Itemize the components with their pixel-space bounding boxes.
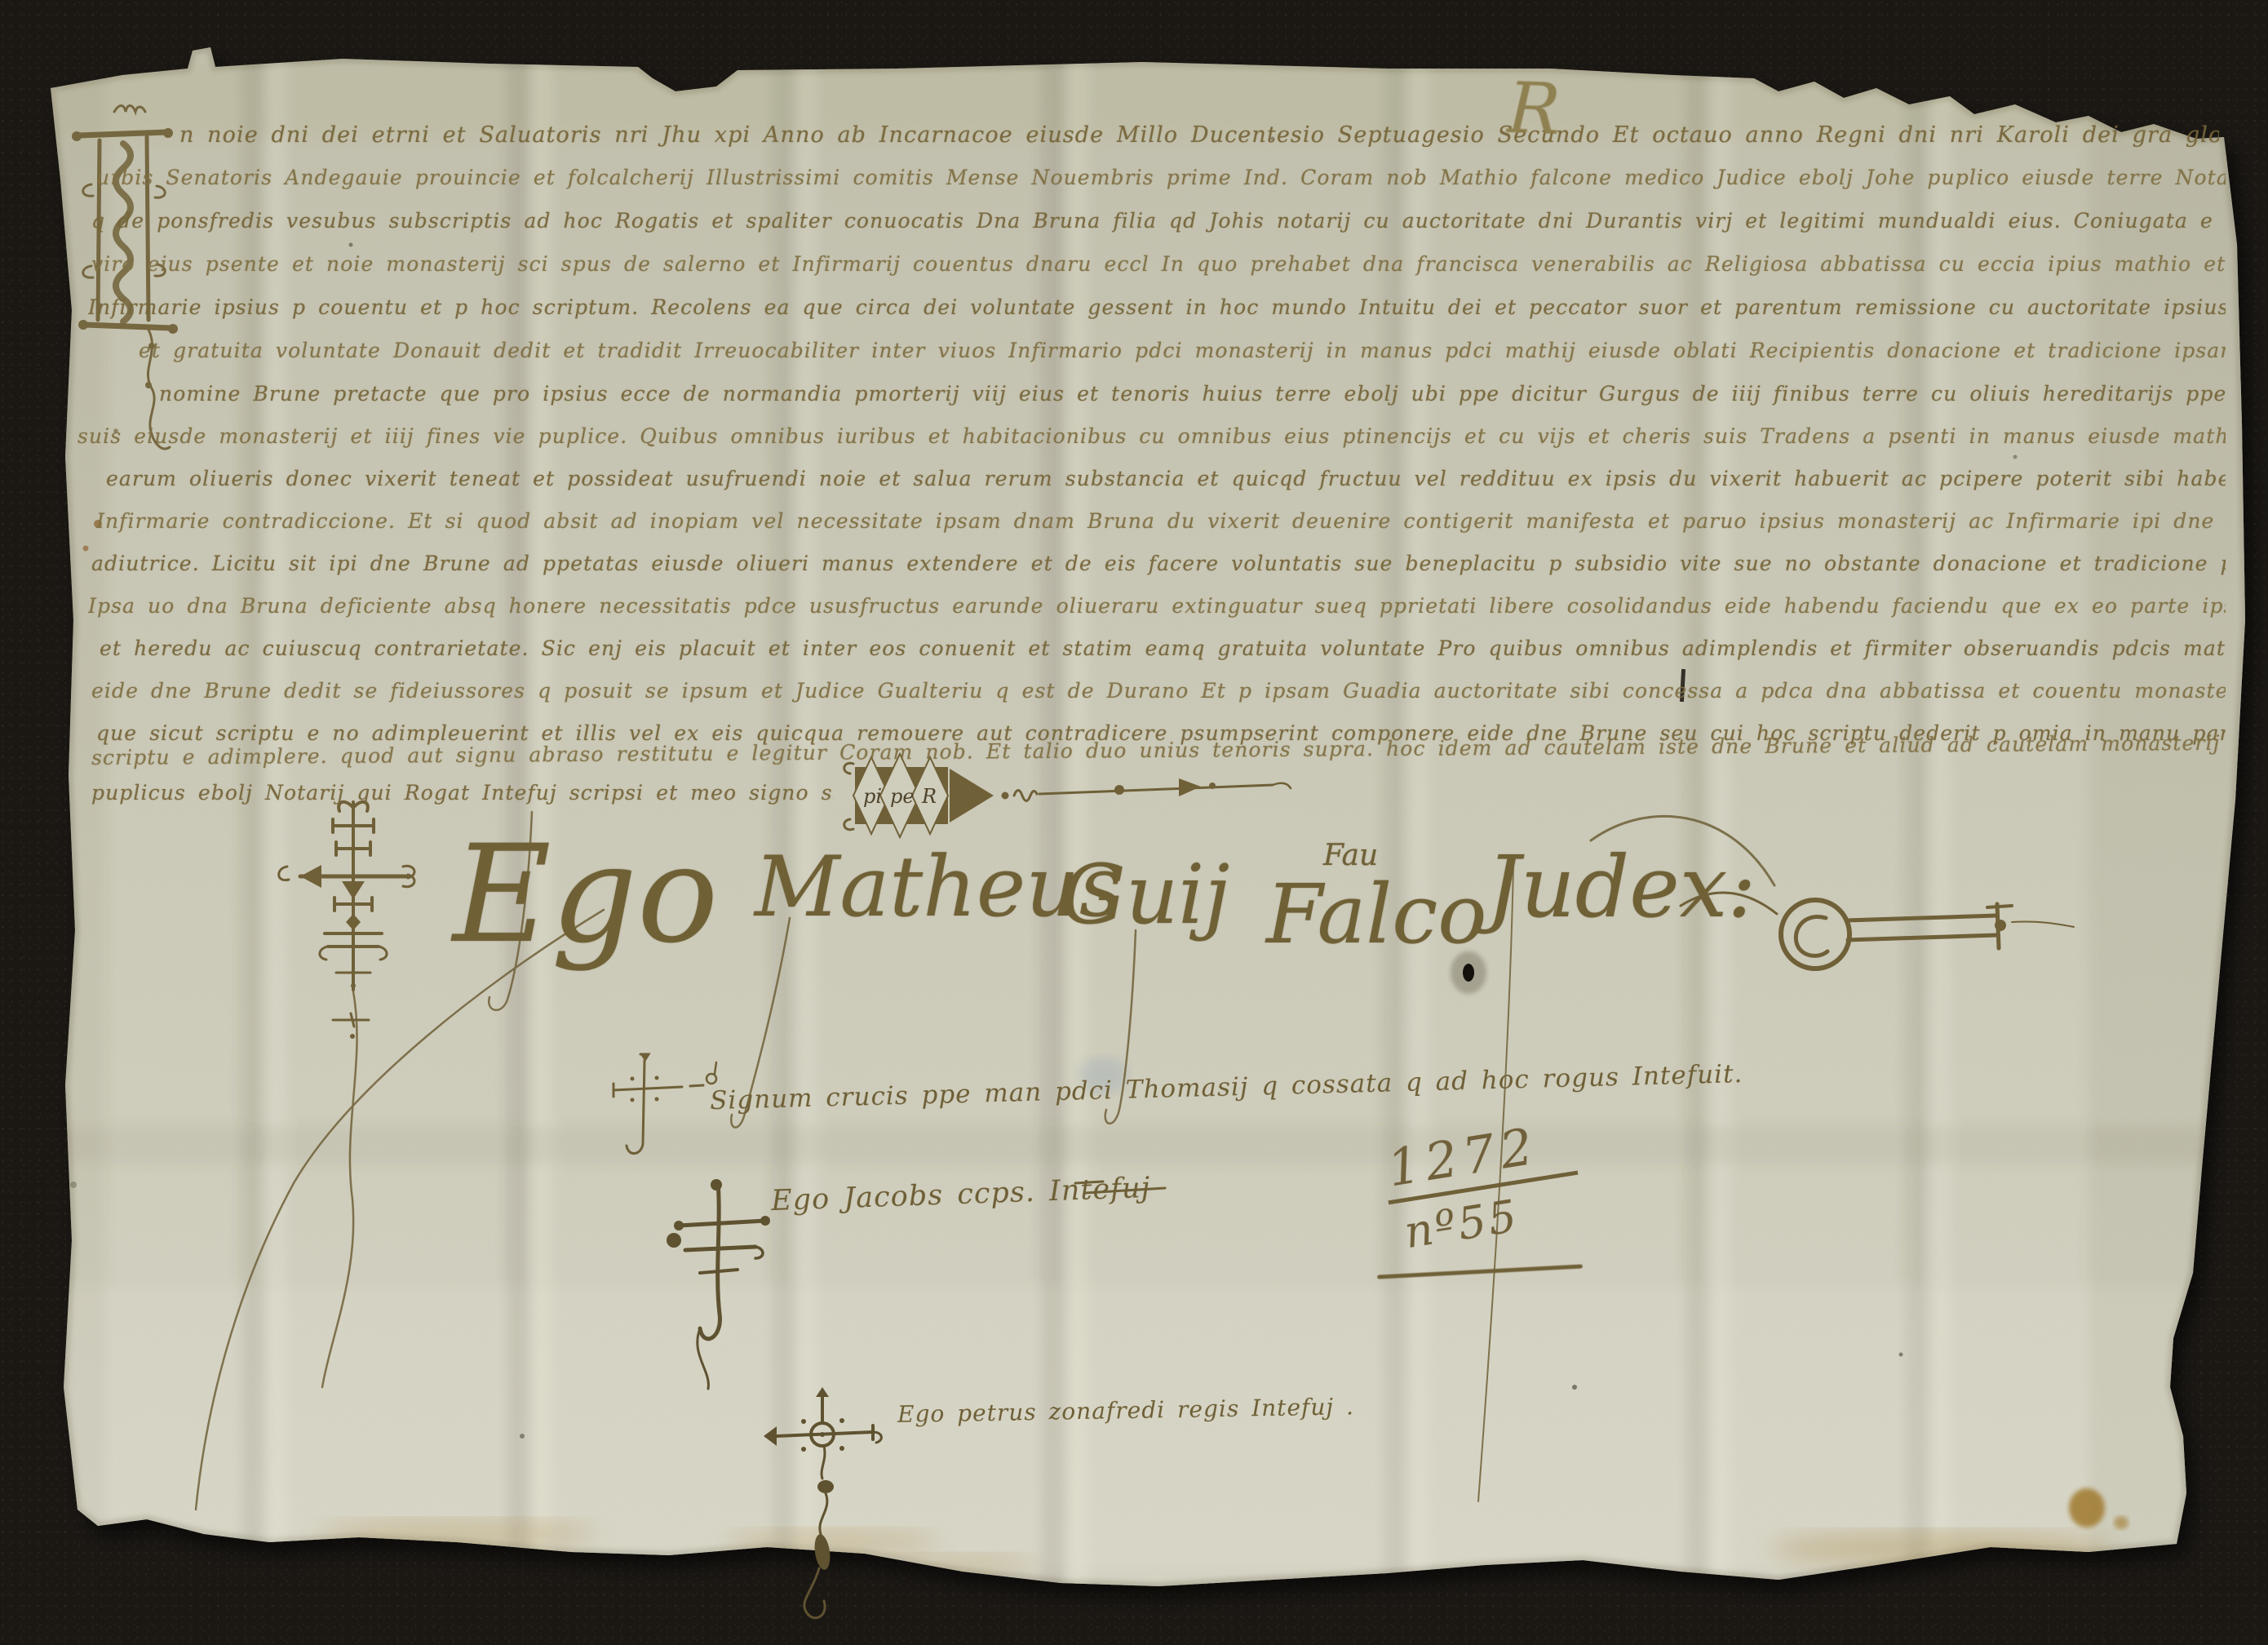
witness-line-jacobus: Ego Jacobs ccps. Intefuj — [770, 1172, 1151, 1217]
photo-stage: pi pe R — [0, 0, 2268, 1645]
signature-surname: Falco — [1266, 867, 1486, 962]
manuscript-line-14: eide dne Brune dedit se fideiussores q p… — [91, 679, 2226, 703]
manuscript-line-2: urbis Senatoris Andegauie prouincie et f… — [96, 166, 2226, 189]
manuscript-line-10: Infirmarie contradiccione. Et si quod ab… — [96, 509, 2226, 533]
manuscript-line-3: q de ponsfredis vesubus subscriptis ad h… — [91, 209, 2226, 233]
witness-line-thomas: Signum crucis ppe man pdci Thomasij q co… — [710, 1062, 1657, 1115]
archive-underline — [1377, 1264, 1583, 1279]
witness-line-petrus: Ego petrus zonafredi regis Intefuj . — [897, 1393, 1354, 1428]
signature-qualifier: Guij — [1061, 847, 1229, 942]
manuscript-line-11: adiutrice. Licitu sit ipi dne Brune ad p… — [91, 552, 2226, 575]
manuscript-text-layer: I R n noie dni dei etrni et Saluatoris n… — [0, 0, 2268, 1645]
manuscript-line-6: et gratuita voluntate Donauit dedit et t… — [139, 339, 2226, 362]
signature-office: Judex: — [1486, 837, 1756, 937]
manuscript-line-4: viro eius psente et noie monasterij sci … — [91, 252, 2226, 276]
registration-mark: R — [1506, 68, 1561, 151]
manuscript-line-1: n noie dni dei etrni et Saluatoris nri J… — [179, 122, 2219, 148]
manuscript-line-8: suis eiusde monasterij et iiij fines vie… — [78, 424, 2226, 448]
manuscript-line-12: Ipsa uo dna Bruna deficiente absq honere… — [88, 594, 2226, 618]
manuscript-line-9: earum oliueris donec vixerit teneat et p… — [106, 467, 2226, 490]
manuscript-line-7: nomine Brune pretacte que pro ipsius ecc… — [159, 382, 2226, 406]
manuscript-line-17: puplicus ebolj Notarij qui Rogat Intefuj… — [91, 781, 834, 805]
manuscript-line-13: et heredu ac cuiuscuq contrarietate. Sic… — [100, 636, 2226, 660]
signature-ego: Ego — [453, 816, 718, 973]
archive-note: 1272 nº55 — [1379, 1111, 1587, 1261]
manuscript-line-5: Infirmarie ipsius p couentu et p hoc scr… — [88, 295, 2226, 319]
